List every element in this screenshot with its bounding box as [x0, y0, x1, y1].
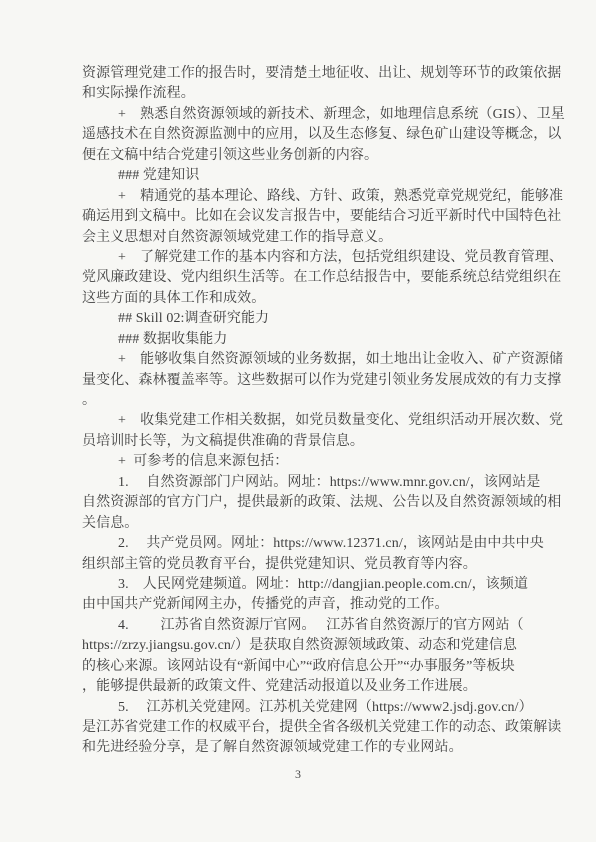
text-line: 由中国共产党新闻网主办，传播党的声音，推动党的工作。	[82, 595, 518, 615]
text-line: 确运用到文稿中。比如在会议发言报告中，要能结合习近平新时代中国特色社	[82, 207, 518, 227]
text-line: ### 数据收集能力	[82, 330, 518, 350]
text-line: 和先进经验分享，是了解自然资源领域党建工作的专业网站。	[82, 738, 518, 758]
text-line: + 可参考的信息来源包括：	[82, 452, 518, 472]
text-line: 这些方面的具体工作和成效。	[82, 289, 518, 309]
text-line: 量变化、森林覆盖率等。这些数据可以作为党建引领业务发展成效的有力支撑	[82, 371, 518, 391]
text-line: 。	[82, 391, 518, 411]
document-page: 资源管理党建工作的报告时，要清楚土地征收、出让、规划等环节的政策依据和实际操作流…	[0, 0, 596, 842]
text-line: 的核心来源。该网站设有“新闻中心”“政府信息公开”“办事服务”等板块	[82, 657, 518, 677]
text-line: + 熟悉自然资源领域的新技术、新理念，如地理信息系统（GIS）、卫星	[82, 105, 518, 125]
text-line: + 了解党建工作的基本内容和方法，包括党组织建设、党员教育管理、	[82, 248, 518, 268]
text-line: 关信息。	[82, 514, 518, 534]
text-line: 员培训时长等，为文稿提供准确的背景信息。	[82, 432, 518, 452]
text-line: https://zrzy.jiangsu.gov.cn/）是获取自然资源领域政策…	[82, 636, 518, 656]
text-line: 会主义思想对自然资源领域党建工作的指导意义。	[82, 228, 518, 248]
text-line: 是江苏省党建工作的权威平台，提供全省各级机关党建工作的动态、政策解读	[82, 718, 518, 738]
text-line: 4. 江苏省自然资源厅官网。 江苏省自然资源厅的官方网站（	[82, 616, 518, 636]
text-line: 5. 江苏机关党建网。江苏机关党建网（https://www2.jsdj.gov…	[82, 698, 518, 718]
text-line: + 收集党建工作相关数据，如党员数量变化、党组织活动开展次数、党	[82, 411, 518, 431]
text-line: 自然资源部的官方门户，提供最新的政策、法规、公告以及自然资源领域的相	[82, 493, 518, 513]
text-line: ## Skill 02:调查研究能力	[82, 309, 518, 329]
text-line: 资源管理党建工作的报告时，要清楚土地征收、出让、规划等环节的政策依据	[82, 64, 518, 84]
text-line: ### 党建知识	[82, 166, 518, 186]
text-line: 组织部主管的党员教育平台，提供党建知识、党员教育等内容。	[82, 555, 518, 575]
text-line: 1. 自然资源部门户网站。网址：https://www.mnr.gov.cn/，…	[82, 473, 518, 493]
page-number: 3	[0, 767, 596, 782]
text-line: + 能够收集自然资源领域的业务数据，如土地出让金收入、矿产资源储	[82, 350, 518, 370]
text-line: + 精通党的基本理论、路线、方针、政策，熟悉党章党规党纪，能够准	[82, 187, 518, 207]
text-line: 便在文稿中结合党建引领这些业务创新的内容。	[82, 146, 518, 166]
document-text-block: 资源管理党建工作的报告时，要清楚土地征收、出让、规划等环节的政策依据和实际操作流…	[82, 64, 518, 759]
text-line: 遥感技术在自然资源监测中的应用，以及生态修复、绿色矿山建设等概念，以	[82, 125, 518, 145]
text-line: 和实际操作流程。	[82, 84, 518, 104]
text-line: ，能够提供最新的政策文件、党建活动报道以及业务工作进展。	[82, 677, 518, 697]
text-line: 2. 共产党员网。网址：https://www.12371.cn/，该网站是由中…	[82, 534, 518, 554]
text-line: 3. 人民网党建频道。网址：http://dangjian.people.com…	[82, 575, 518, 595]
text-line: 党风廉政建设、党内组织生活等。在工作总结报告中，要能系统总结党组织在	[82, 268, 518, 288]
